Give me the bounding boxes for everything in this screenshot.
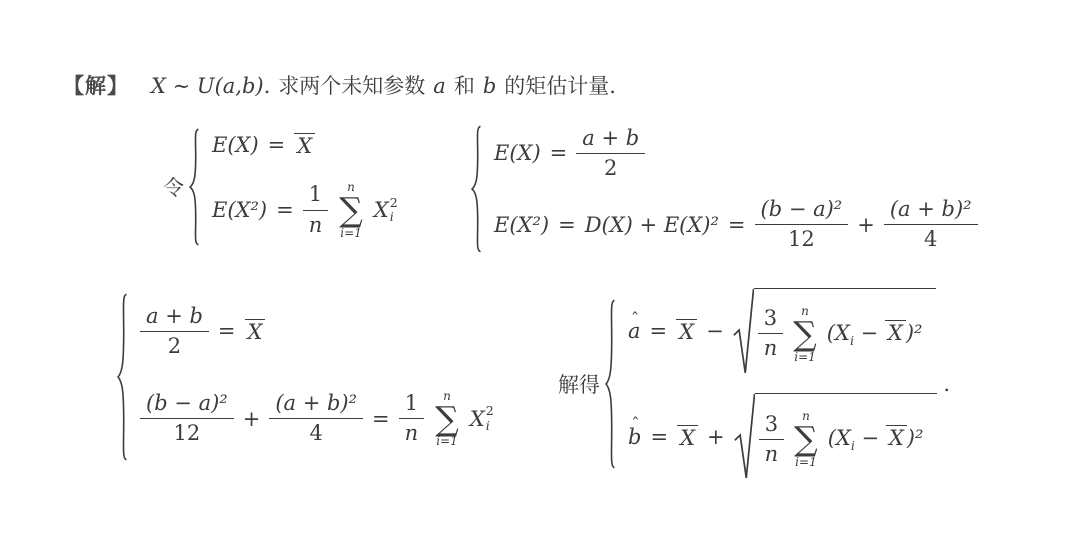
math-token: E(X) (212, 133, 259, 157)
equating-moments-system: a + b 2 = X (b − a)² 12 + (a + b)² 4 = 1 (116, 291, 494, 463)
summation: n ∑ i=1 (435, 388, 459, 450)
b-hat: ˆ b (628, 425, 641, 449)
fraction-a-plus-b-over-2: a + b 2 (576, 127, 645, 180)
summation: n ∑ i=1 (339, 179, 363, 241)
radical-icon (734, 393, 755, 481)
sigma-icon: ∑ (794, 424, 818, 454)
summation: n ∑ i=1 (793, 303, 817, 365)
sigma-icon: ∑ (793, 319, 817, 349)
moment-condition-system: 令 E(X) = X E(X²) = 1 n n ∑ (163, 127, 398, 247)
equals-sign: = (650, 425, 668, 449)
equals-sign: = (558, 213, 576, 237)
heading-text: 和 (454, 70, 475, 100)
estimator-result-system: 解得 ˆ a = X − (558, 297, 950, 471)
equation-ex-theory: E(X) = a + b 2 (494, 127, 978, 180)
equation-second-moment: (b − a)² 12 + (a + b)² 4 = 1 n n ∑ i=1 (140, 388, 494, 450)
left-brace-icon (604, 297, 618, 471)
x-bar: X (294, 133, 315, 157)
distribution-formula: X ∼ U(a,b). (151, 74, 270, 98)
minus-sign: − (706, 319, 724, 343)
equation-ex2-theory: E(X²) = D(X) + E(X)² = (b − a)² 12 + (a … (494, 198, 978, 251)
plus-sign: + (243, 407, 261, 431)
x-i-squared: X 2 i (374, 196, 398, 225)
math-token: D(X) + E(X)² (585, 213, 719, 237)
sigma-icon: ∑ (435, 404, 459, 434)
x-bar: X (677, 425, 698, 449)
a-hat: ˆ a (628, 319, 641, 343)
heading-text: 求两个未知参数 (278, 70, 425, 100)
plus-sign: + (857, 213, 875, 237)
equation-ex: E(X) = X (212, 133, 398, 157)
deviation-term: (Xi − X)² (827, 320, 923, 348)
textbook-solution-page: 【解】 X ∼ U(a,b). 求两个未知参数 a 和 b 的矩估计量. 令 E… (0, 0, 1079, 547)
param-b: b (483, 74, 496, 98)
equation-first-moment: a + b 2 = X (140, 305, 494, 358)
heading-text: 的矩估计量. (504, 70, 616, 100)
equals-sign: = (276, 198, 294, 222)
fraction-3-over-n: 3 n (758, 307, 784, 360)
solution-tag: 【解】 (63, 70, 129, 100)
summation: n ∑ i=1 (794, 408, 818, 470)
estimator-a-equation: ˆ a = X − 3 n (628, 288, 937, 376)
x-i-squared: X 2 i (470, 404, 494, 433)
sigma-icon: ∑ (339, 195, 363, 225)
math-token: E(X²) (494, 213, 549, 237)
equals-sign: = (268, 133, 286, 157)
solution-heading: 【解】 X ∼ U(a,b). 求两个未知参数 a 和 b 的矩估计量. (63, 70, 616, 100)
equals-sign: = (728, 213, 746, 237)
solve-label: 解得 (558, 369, 600, 399)
plus-sign: + (707, 425, 725, 449)
left-brace-icon (470, 124, 484, 254)
deviation-term: (Xi − X)² (828, 425, 924, 453)
theoretical-moments-system: E(X) = a + b 2 E(X²) = D(X) + E(X)² = (b… (470, 124, 978, 254)
equals-sign: = (650, 319, 668, 343)
let-label: 令 (163, 172, 184, 202)
left-brace-icon (116, 291, 130, 463)
fraction-a-plus-b-sq-over-4: (a + b)² 4 (884, 198, 978, 251)
estimator-b-equation: ˆ b = X + 3 n (628, 393, 937, 481)
equation-ex2: E(X²) = 1 n n ∑ i=1 X 2 i (212, 179, 398, 241)
fraction-1-over-n: 1 n (399, 392, 425, 445)
fraction-3-over-n: 3 n (759, 413, 785, 466)
radical-icon (733, 288, 754, 376)
x-bar: X (245, 319, 266, 343)
math-token: E(X) (494, 141, 541, 165)
x-bar: X (676, 319, 697, 343)
equals-sign: = (218, 319, 236, 343)
equals-sign: = (550, 141, 568, 165)
square-root: 3 n n ∑ i=1 (Xi − X)² (733, 288, 937, 376)
fraction-b-minus-a-sq-over-12: (b − a)² 12 (755, 198, 849, 251)
param-a: a (433, 74, 446, 98)
fraction-a-plus-b-sq-over-4: (a + b)² 4 (269, 392, 363, 445)
left-brace-icon (188, 127, 202, 247)
fraction-1-over-n: 1 n (303, 183, 329, 236)
sentence-period: . (943, 372, 950, 396)
fraction-a-plus-b-over-2: a + b 2 (140, 305, 209, 358)
square-root: 3 n n ∑ i=1 (Xi − X)² (734, 393, 938, 481)
equals-sign: = (372, 407, 390, 431)
fraction-b-minus-a-sq-over-12: (b − a)² 12 (140, 392, 234, 445)
math-token: E(X²) (212, 198, 267, 222)
